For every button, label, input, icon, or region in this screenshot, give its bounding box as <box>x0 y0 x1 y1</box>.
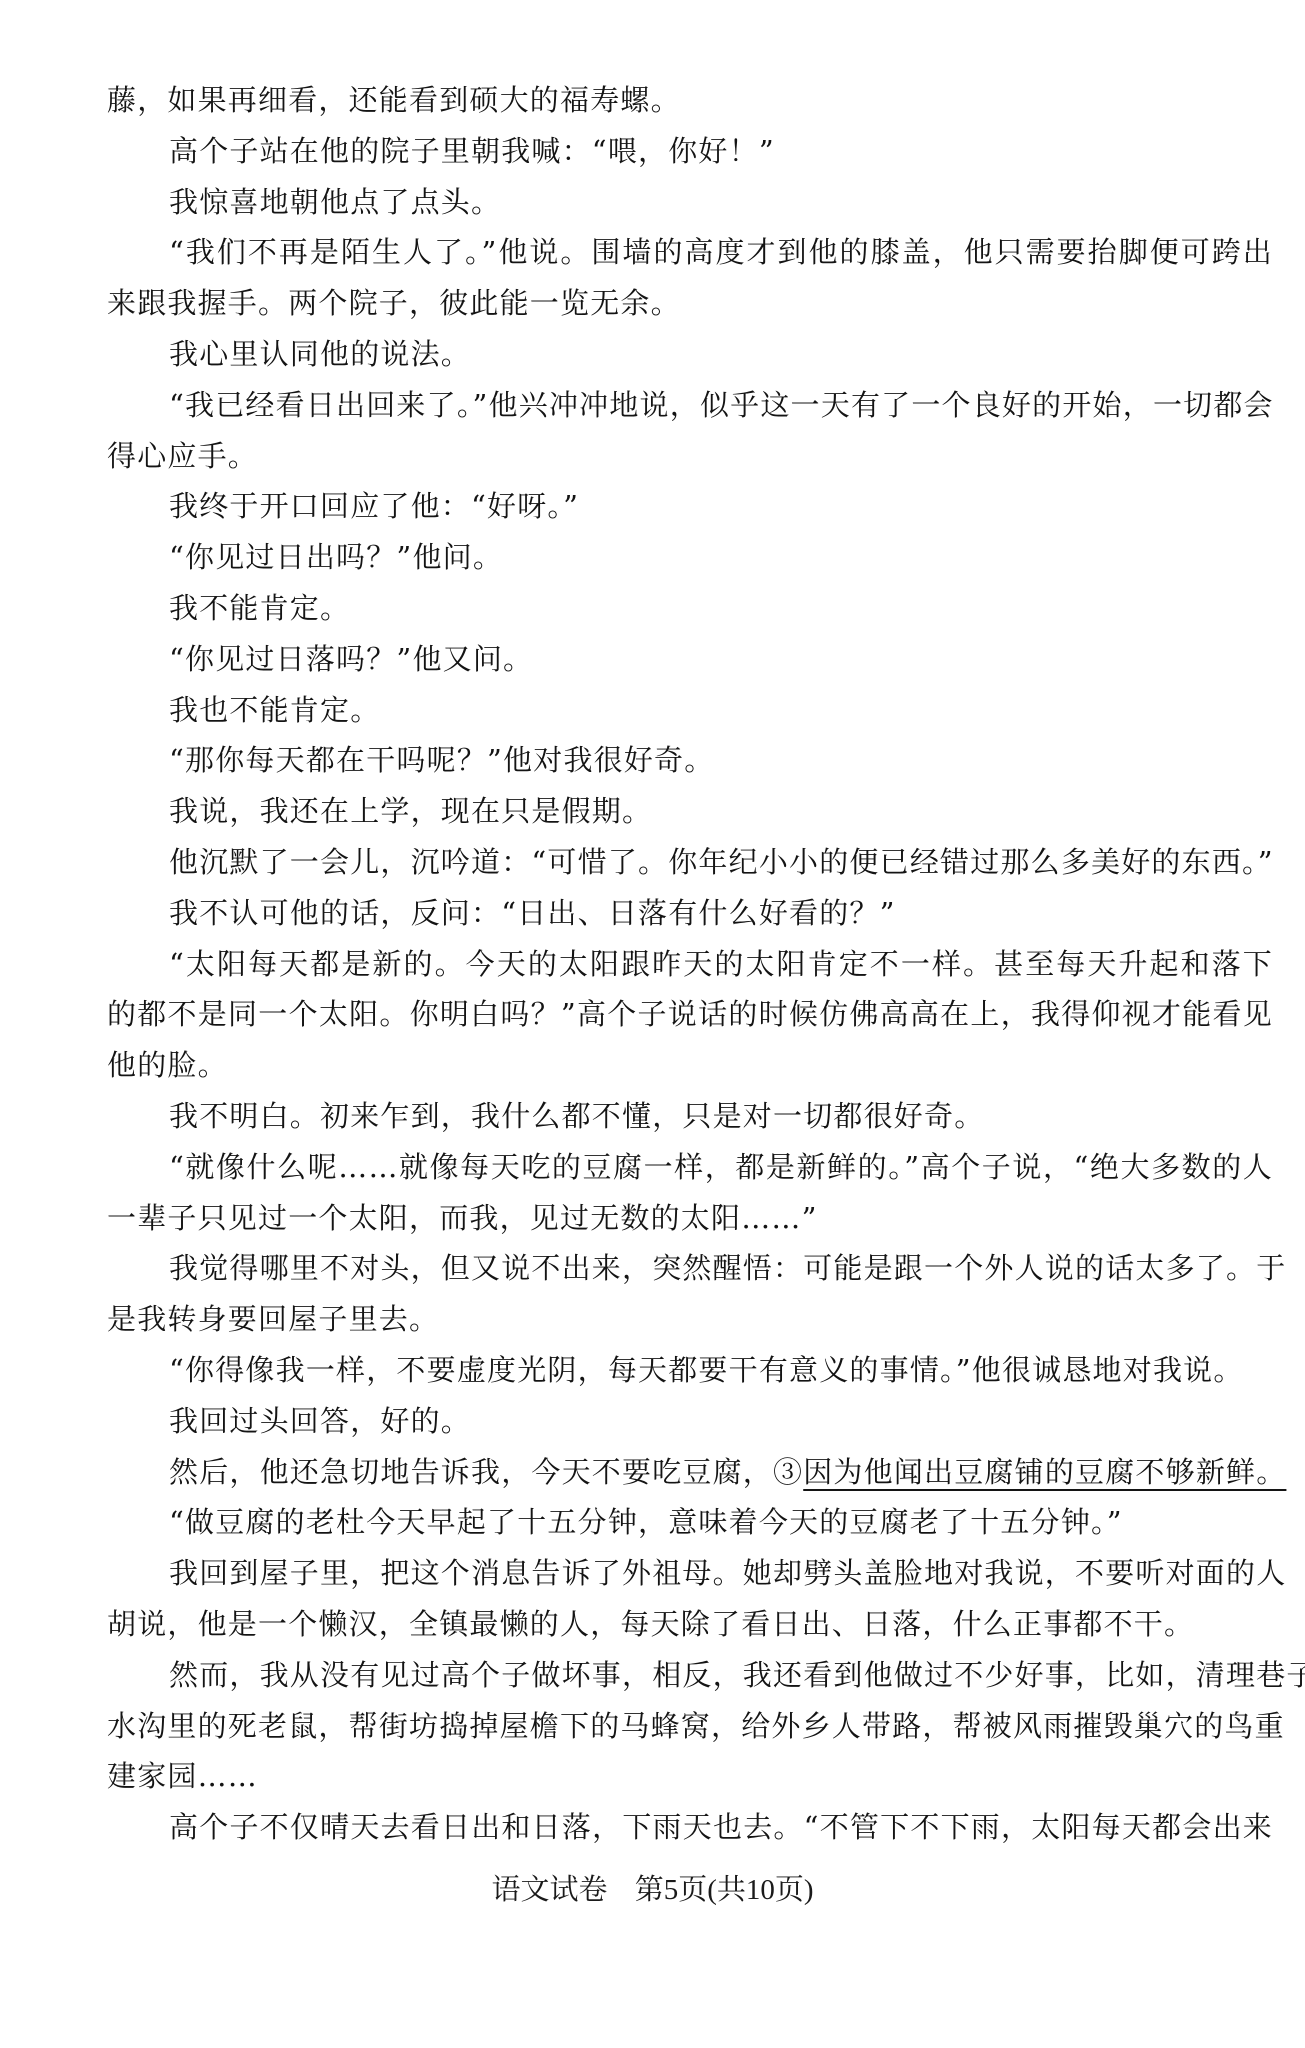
line-text: 然后，他还急切地告诉我，今天不要吃豆腐， <box>169 1455 773 1489</box>
line-text: 的都不是同一个太阳。你明白吗？”高个子说话的时候仿佛高高在上，我得仰视才能看见 <box>107 997 1273 1031</box>
line-text: 建家园…… <box>107 1759 258 1793</box>
line-text: “我已经看日出回来了。”他兴冲冲地说，似乎这一天有了一个良好的开始，一切都会 <box>169 388 1274 422</box>
text-line: 水沟里的死老鼠，帮街坊捣掉屋檐下的马蜂窝，给外乡人带路，帮被风雨摧毁巢穴的鸟重 <box>107 1701 1273 1752</box>
text-line: 建家园…… <box>107 1751 1273 1802</box>
text-line: “我已经看日出回来了。”他兴冲冲地说，似乎这一天有了一个良好的开始，一切都会 <box>107 380 1273 431</box>
text-line: 他沉默了一会儿，沉吟道：“可惜了。你年纪小小的便已经错过那么多美好的东西。” <box>107 837 1273 888</box>
line-text: “你得像我一样，不要虚度光阴，每天都要干有意义的事情。”他很诚恳地对我说。 <box>169 1353 1244 1387</box>
text-line: 来跟我握手。两个院子，彼此能一览无余。 <box>107 278 1273 329</box>
text-line: 我心里认同他的说法。 <box>107 329 1273 380</box>
text-line: 胡说，他是一个懒汉，全镇最懒的人，每天除了看日出、日落，什么正事都不干。 <box>107 1599 1273 1650</box>
text-line: 我不明白。初来乍到，我什么都不懂，只是对一切都很好奇。 <box>107 1091 1273 1142</box>
line-text: “我们不再是陌生人了。”他说。围墙的高度才到他的膝盖，他只需要抬脚便可跨出 <box>169 235 1273 269</box>
line-text: 我惊喜地朝他点了点头。 <box>169 185 501 219</box>
footer-subject: 语文试卷 <box>491 1874 607 1906</box>
line-text: 我终于开口回应了他：“好呀。” <box>169 489 579 523</box>
page-footer: 语文试卷 第5页(共10页) <box>0 1870 1305 1910</box>
line-text: 我回到屋子里，把这个消息告诉了外祖母。她却劈头盖脸地对我说，不要听对面的人 <box>169 1556 1286 1590</box>
text-line: “你见过日落吗？”他又问。 <box>107 634 1273 685</box>
footer-page-number: 第5页(共10页) <box>635 1874 814 1906</box>
text-line: 是我转身要回屋子里去。 <box>107 1294 1273 1345</box>
question-marker: ③ <box>773 1455 803 1489</box>
line-text: 我不明白。初来乍到，我什么都不懂，只是对一切都很好奇。 <box>169 1099 984 1133</box>
underlined-sentence: 因为他闻出豆腐铺的豆腐不够新鲜。 <box>803 1455 1286 1489</box>
passage-body: 藤，如果再细看，还能看到硕大的福寿螺。高个子站在他的院子里朝我喊：“喂，你好！”… <box>107 75 1273 1853</box>
line-text: 高个子站在他的院子里朝我喊：“喂，你好！” <box>169 134 775 168</box>
line-text: 我也不能肯定。 <box>169 693 380 727</box>
text-line: 我也不能肯定。 <box>107 685 1273 736</box>
text-line: 我回过头回答，好的。 <box>107 1396 1273 1447</box>
line-text: 我回过头回答，好的。 <box>169 1404 471 1438</box>
text-line: 我不认可他的话，反问：“日出、日落有什么好看的？” <box>107 888 1273 939</box>
text-line: 一辈子只见过一个太阳，而我，见过无数的太阳……” <box>107 1193 1273 1244</box>
text-line: 我不能肯定。 <box>107 583 1273 634</box>
line-text: 我不认可他的话，反问：“日出、日落有什么好看的？” <box>169 896 896 930</box>
line-text: “那你每天都在干吗呢？”他对我很好奇。 <box>169 743 714 777</box>
exam-page: 藤，如果再细看，还能看到硕大的福寿螺。高个子站在他的院子里朝我喊：“喂，你好！”… <box>0 0 1305 2048</box>
line-text: 然而，我从没有见过高个子做坏事，相反，我还看到他做过不少好事，比如，清理巷子 <box>169 1658 1305 1692</box>
line-text: “就像什么呢……就像每天吃的豆腐一样，都是新鲜的。”高个子说，“绝大多数的人 <box>169 1150 1273 1184</box>
text-line: 然而，我从没有见过高个子做坏事，相反，我还看到他做过不少好事，比如，清理巷子 <box>107 1650 1273 1701</box>
line-text: 来跟我握手。两个院子，彼此能一览无余。 <box>107 286 681 320</box>
line-text: “太阳每天都是新的。今天的太阳跟昨天的太阳肯定不一样。甚至每天升起和落下 <box>169 947 1273 981</box>
text-line: 他的脸。 <box>107 1040 1273 1091</box>
text-line: “你见过日出吗？”他问。 <box>107 532 1273 583</box>
text-line: 我说，我还在上学，现在只是假期。 <box>107 786 1273 837</box>
text-line: 藤，如果再细看，还能看到硕大的福寿螺。 <box>107 75 1273 126</box>
line-text: 他的脸。 <box>107 1048 228 1082</box>
text-line: 我惊喜地朝他点了点头。 <box>107 177 1273 228</box>
line-text: “你见过日出吗？”他问。 <box>169 540 503 574</box>
line-text: 水沟里的死老鼠，帮街坊捣掉屋檐下的马蜂窝，给外乡人带路，帮被风雨摧毁巢穴的鸟重 <box>107 1709 1285 1743</box>
line-text: 他沉默了一会儿，沉吟道：“可惜了。你年纪小小的便已经错过那么多美好的东西。” <box>169 845 1274 879</box>
text-line: 的都不是同一个太阳。你明白吗？”高个子说话的时候仿佛高高在上，我得仰视才能看见 <box>107 989 1273 1040</box>
text-line: 高个子不仅晴天去看日出和日落，下雨天也去。“不管下不下雨，太阳每天都会出来 <box>107 1802 1273 1853</box>
text-line: “就像什么呢……就像每天吃的豆腐一样，都是新鲜的。”高个子说，“绝大多数的人 <box>107 1142 1273 1193</box>
line-text: 我说，我还在上学，现在只是假期。 <box>169 794 652 828</box>
text-line: 我终于开口回应了他：“好呀。” <box>107 481 1273 532</box>
line-text: “你见过日落吗？”他又问。 <box>169 642 533 676</box>
text-line: “那你每天都在干吗呢？”他对我很好奇。 <box>107 735 1273 786</box>
line-text: 一辈子只见过一个太阳，而我，见过无数的太阳……” <box>107 1201 818 1235</box>
line-text: 是我转身要回屋子里去。 <box>107 1302 439 1336</box>
text-line: “做豆腐的老杜今天早起了十五分钟，意味着今天的豆腐老了十五分钟。” <box>107 1497 1273 1548</box>
line-text: “做豆腐的老杜今天早起了十五分钟，意味着今天的豆腐老了十五分钟。” <box>169 1505 1123 1539</box>
line-text: 藤，如果再细看，还能看到硕大的福寿螺。 <box>107 83 681 117</box>
text-line: 得心应手。 <box>107 431 1273 482</box>
text-line: “你得像我一样，不要虚度光阴，每天都要干有意义的事情。”他很诚恳地对我说。 <box>107 1345 1273 1396</box>
line-text: 得心应手。 <box>107 439 258 473</box>
text-line: “太阳每天都是新的。今天的太阳跟昨天的太阳肯定不一样。甚至每天升起和落下 <box>107 939 1273 990</box>
line-text: 高个子不仅晴天去看日出和日落，下雨天也去。“不管下不下雨，太阳每天都会出来 <box>169 1810 1273 1844</box>
line-text: 我不能肯定。 <box>169 591 350 625</box>
line-text: 胡说，他是一个懒汉，全镇最懒的人，每天除了看日出、日落，什么正事都不干。 <box>107 1607 1194 1641</box>
line-text: 我心里认同他的说法。 <box>169 337 471 371</box>
text-line: 我回到屋子里，把这个消息告诉了外祖母。她却劈头盖脸地对我说，不要听对面的人 <box>107 1548 1273 1599</box>
line-text: 我觉得哪里不对头，但又说不出来，突然醒悟：可能是跟一个外人说的话太多了。于 <box>169 1251 1286 1285</box>
text-line: 然后，他还急切地告诉我，今天不要吃豆腐，③因为他闻出豆腐铺的豆腐不够新鲜。 <box>107 1447 1273 1498</box>
text-line: 我觉得哪里不对头，但又说不出来，突然醒悟：可能是跟一个外人说的话太多了。于 <box>107 1243 1273 1294</box>
text-line: “我们不再是陌生人了。”他说。围墙的高度才到他的膝盖，他只需要抬脚便可跨出 <box>107 227 1273 278</box>
text-line: 高个子站在他的院子里朝我喊：“喂，你好！” <box>107 126 1273 177</box>
